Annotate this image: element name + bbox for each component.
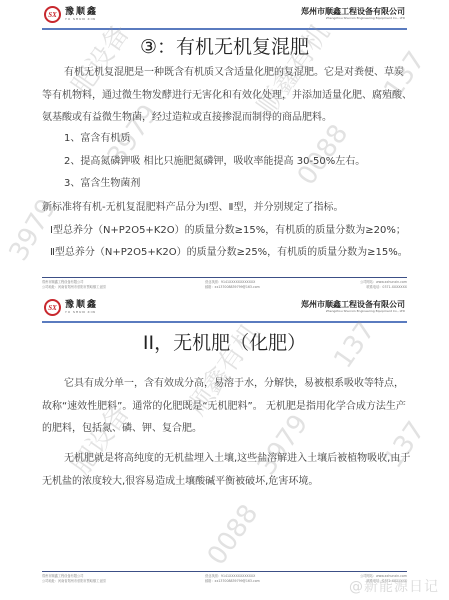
list-item: 2、提高氮磷钾吸 相比只施肥氮磷钾，吸收率能提高 30-50%左右。 (42, 151, 413, 174)
page-header: SX 豫顺鑫 YU SHUN XIN 郑州市顺鑫工程设备有限公司 Zhengzh… (42, 297, 407, 321)
header-divider (42, 321, 407, 323)
intro-paragraph: 有机无机复混肥是一种既含有机质又含适量化肥的复混肥。它是对粪便、草炭等有机物料，… (42, 62, 413, 130)
page-title: II，无机肥（化肥） (0, 328, 449, 355)
company-logo: SX 豫顺鑫 YU SHUN XIN (44, 299, 98, 316)
document-page-2: SX 豫顺鑫 YU SHUN XIN 郑州市顺鑫工程设备有限公司 Zhengzh… (0, 293, 449, 600)
brand-name-cn: 豫顺鑫 (65, 301, 98, 310)
logo-mark-icon: SX (44, 6, 61, 23)
list-item: 1、富含有机质 (42, 128, 413, 151)
company-name: 郑州市顺鑫工程设备有限公司 Zhengzhou Shunxin Engineer… (301, 8, 405, 20)
standard-intro: 新标准将有机-无机复混肥料产品分为Ⅰ型、Ⅱ型，并分别规定了指标。 (42, 197, 413, 220)
logo-mark-icon: SX (44, 299, 61, 316)
footer-divider (42, 571, 407, 572)
company-name: 郑州市顺鑫工程设备有限公司 Zhengzhou Shunxin Engineer… (301, 301, 405, 313)
company-logo: SX 豫顺鑫 YU SHUN XIN (44, 6, 98, 23)
standard-section: 新标准将有机-无机复混肥料产品分为Ⅰ型、Ⅱ型，并分别规定了指标。 Ⅰ型总养分（N… (42, 197, 413, 265)
brand-name-en: YU SHUN XIN (65, 18, 98, 21)
list-item: 3、富含生物菌剂 (42, 173, 413, 196)
header-divider (42, 28, 407, 30)
page-header: SX 豫顺鑫 YU SHUN XIN 郑州市顺鑫工程设备有限公司 Zhengzh… (42, 4, 407, 28)
footer-divider (42, 277, 407, 278)
standard-item: Ⅱ型总养分（N+P2O5+K2O）的质量分数≥25%，有机质的质量分数为≥15%… (42, 242, 413, 265)
brand-name-cn: 豫顺鑫 (65, 8, 98, 17)
document-page-1: SX 豫顺鑫 YU SHUN XIN 郑州市顺鑫工程设备有限公司 Zhengzh… (0, 0, 449, 293)
platform-watermark: @新能源日记 (349, 576, 439, 596)
page-title: ③：有机无机复混肥 (0, 32, 449, 59)
paragraph: 它具有成分单一，含有效成分高，易溶于水，分解快，易被根系吸收等特点，故称“速效性… (42, 373, 413, 441)
feature-list: 1、富含有机质 2、提高氮磷钾吸 相比只施肥氮磷钾，吸收率能提高 30-50%左… (42, 128, 413, 196)
brand-name-en: YU SHUN XIN (65, 311, 98, 314)
paragraph: 无机肥就是将高纯度的无机盐埋入土壤,这些盐溶解进入土壤后被植物吸收,由于无机盐的… (42, 448, 413, 493)
standard-item: Ⅰ型总养分（N+P2O5+K2O）的质量分数≥15%，有机质的质量分数为≥20%… (42, 220, 413, 243)
